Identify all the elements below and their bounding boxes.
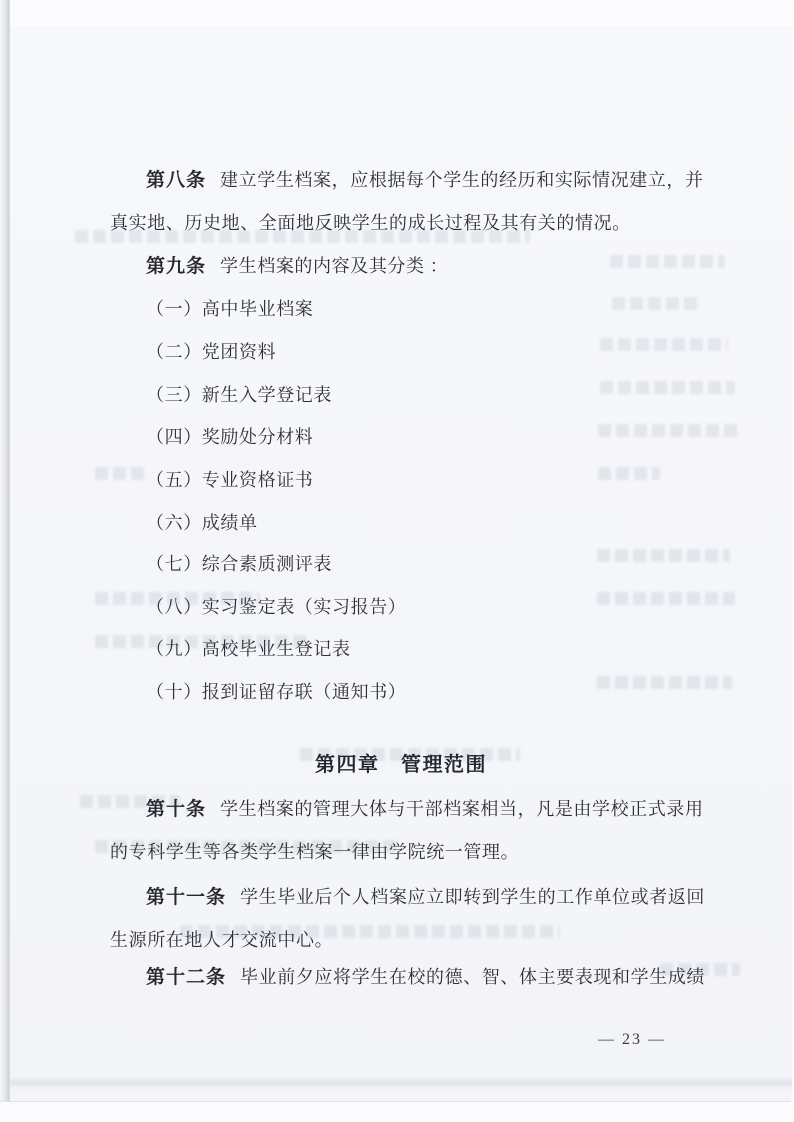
article-9-line-1: 第九条学生档案的内容及其分类 ： [146, 254, 448, 279]
scan-crease [10, 1076, 792, 1092]
list-item-5: （五）专业资格证书 [146, 468, 313, 492]
article-12-label: 第十二条 [146, 967, 226, 988]
article-11-line-2: 生源所在地人才交流中心。 [110, 928, 333, 952]
scan-edge-bottom [0, 1101, 794, 1122]
article-8-line-2: 真实地、历史地、全面地反映学生的成长过程及其有关的情况。 [110, 211, 631, 235]
list-item-2: （二）党团资料 [146, 340, 276, 364]
list-item-8: （八）实习鉴定表（实习报告） [146, 595, 406, 619]
article-12-text-1: 毕业前夕应将学生在校的德、智、体主要表现和学生成绩 [240, 967, 705, 987]
bleedthrough-smudge [95, 467, 145, 480]
bleedthrough-smudge [598, 467, 660, 480]
bleedthrough-smudge [598, 424, 738, 437]
scan-edge-left [0, 0, 10, 1122]
article-10-line-2: 的专科学生等各类学生档案一律由学院统一管理。 [110, 840, 519, 864]
article-10-line-1: 第十条学生档案的管理大体与干部档案相当，凡是由学校正式录用 [146, 797, 704, 822]
list-item-10: （十）报到证留存联（通知书） [146, 680, 406, 704]
article-11-text-1: 学生毕业后个人档案应立即转到学生的工作单位或者返回 [240, 887, 705, 907]
chapter-4-heading: 第四章 管理范围 [10, 748, 792, 777]
list-item-1: （一）高中毕业档案 [146, 297, 313, 321]
list-item-4: （四）奖励处分材料 [146, 425, 313, 449]
list-item-9: （九）高校毕业生登记表 [146, 637, 351, 661]
article-11-label: 第十一条 [146, 887, 226, 908]
list-item-6: （六）成绩单 [146, 511, 258, 535]
scanned-document-page: 第八条建立学生档案，应根据每个学生的经历和实际情况建立，并 真实地、历史地、全面… [0, 0, 794, 1122]
paper-sheet: 第八条建立学生档案，应根据每个学生的经历和实际情况建立，并 真实地、历史地、全面… [10, 26, 792, 1101]
bleedthrough-smudge [600, 381, 735, 394]
article-8-label: 第八条 [146, 170, 206, 191]
article-8-line-1: 第八条建立学生档案，应根据每个学生的经历和实际情况建立，并 [146, 168, 704, 193]
bleedthrough-smudge [612, 297, 700, 310]
article-10-text-1: 学生档案的管理大体与干部档案相当，凡是由学校正式录用 [220, 799, 704, 819]
article-9-text: 学生档案的内容及其分类 ： [220, 256, 448, 276]
bleedthrough-smudge [610, 255, 725, 268]
bleedthrough-smudge [600, 338, 728, 351]
article-12-line-1: 第十二条毕业前夕应将学生在校的德、智、体主要表现和学生成绩 [146, 965, 705, 990]
article-9-label: 第九条 [146, 256, 206, 277]
scan-edge-top [0, 0, 794, 27]
article-11-line-1: 第十一条学生毕业后个人档案应立即转到学生的工作单位或者返回 [146, 885, 705, 910]
article-8-text-1: 建立学生档案，应根据每个学生的经历和实际情况建立，并 [220, 170, 704, 190]
article-10-label: 第十条 [146, 799, 206, 820]
bleedthrough-smudge [597, 592, 735, 605]
bleedthrough-smudge [597, 549, 730, 562]
page-number: — 23 — [598, 1031, 666, 1049]
bleedthrough-smudge [597, 676, 732, 689]
list-item-3: （三）新生入学登记表 [146, 383, 332, 407]
list-item-7: （七）综合素质测评表 [146, 552, 332, 576]
